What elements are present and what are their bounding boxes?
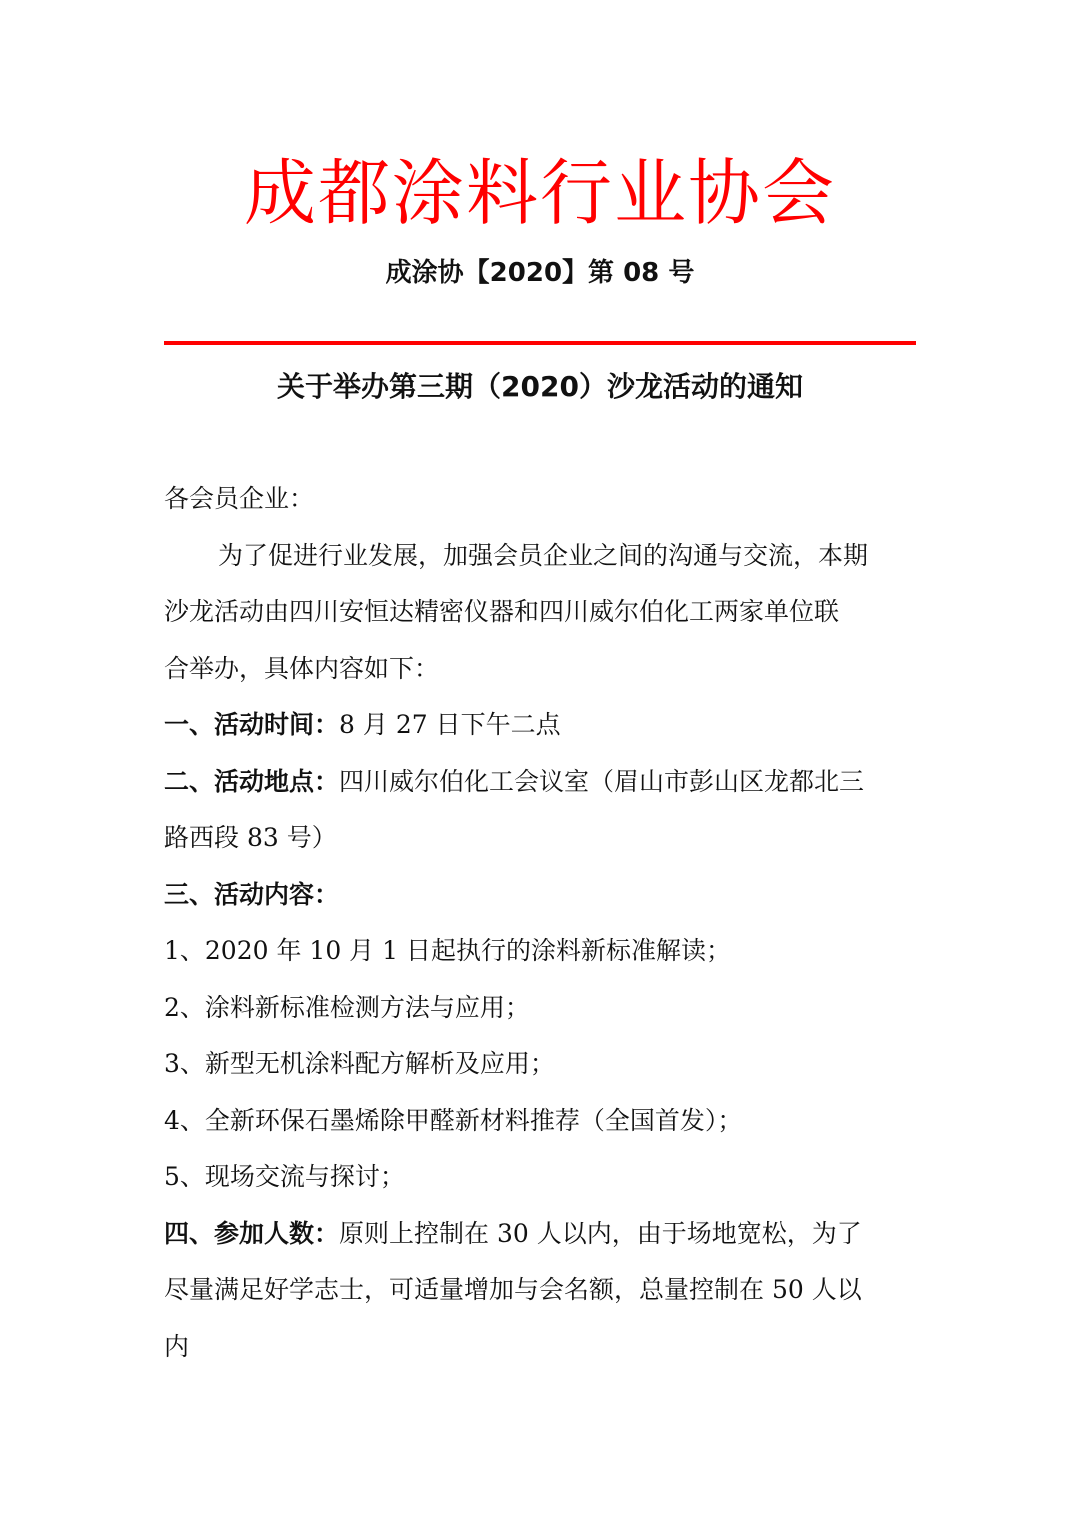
salutation: 各会员企业： [164, 471, 924, 528]
content-item-2: 2、涂料新标准检测方法与应用； [164, 980, 924, 1037]
section-time-value: 8 月 27 日下午二点 [339, 710, 561, 739]
section-place-value-1: 四川威尔伯化工会议室（眉山市彭山区龙都北三 [339, 767, 864, 796]
section-time-label: 一、活动时间： [164, 710, 339, 739]
section-place-label: 二、活动地点： [164, 767, 339, 796]
content-item-5: 5、现场交流与探讨； [164, 1149, 924, 1206]
notice-body: 各会员企业： 为了促进行业发展，加强会员企业之间的沟通与交流，本期 沙龙活动由四… [164, 471, 924, 1375]
section-time: 一、活动时间：8 月 27 日下午二点 [164, 697, 924, 754]
section-attendance-value-2: 尽量满足好学志士，可适量增加与会名额，总量控制在 50 人以 [164, 1262, 924, 1319]
intro-line-2: 沙龙活动由四川安恒达精密仪器和四川威尔伯化工两家单位联 [164, 584, 924, 641]
document-number: 成涂协【2020】第 08 号 [0, 253, 1080, 293]
intro-line-3: 合举办，具体内容如下： [164, 641, 924, 698]
section-place: 二、活动地点：四川威尔伯化工会议室（眉山市彭山区龙都北三 [164, 754, 924, 811]
section-attendance-value-3: 内 [164, 1319, 924, 1376]
section-attendance: 四、参加人数：原则上控制在 30 人以内，由于场地宽松，为了 [164, 1206, 924, 1263]
content-item-3: 3、新型无机涂料配方解析及应用； [164, 1036, 924, 1093]
organization-title: 成都涂料行业协会 [0, 148, 1080, 238]
section-attendance-label: 四、参加人数： [164, 1219, 339, 1248]
section-attendance-value-1: 原则上控制在 30 人以内，由于场地宽松，为了 [339, 1219, 862, 1248]
intro-line-1: 为了促进行业发展，加强会员企业之间的沟通与交流，本期 [164, 528, 924, 585]
content-item-1: 1、2020 年 10 月 1 日起执行的涂料新标准解读； [164, 923, 924, 980]
content-item-4: 4、全新环保石墨烯除甲醛新材料推荐（全国首发）； [164, 1093, 924, 1150]
red-divider [164, 341, 916, 345]
section-place-value-2: 路西段 83 号） [164, 810, 924, 867]
section-content-label: 三、活动内容： [164, 867, 924, 924]
notice-title: 关于举办第三期（2020）沙龙活动的通知 [0, 365, 1080, 409]
